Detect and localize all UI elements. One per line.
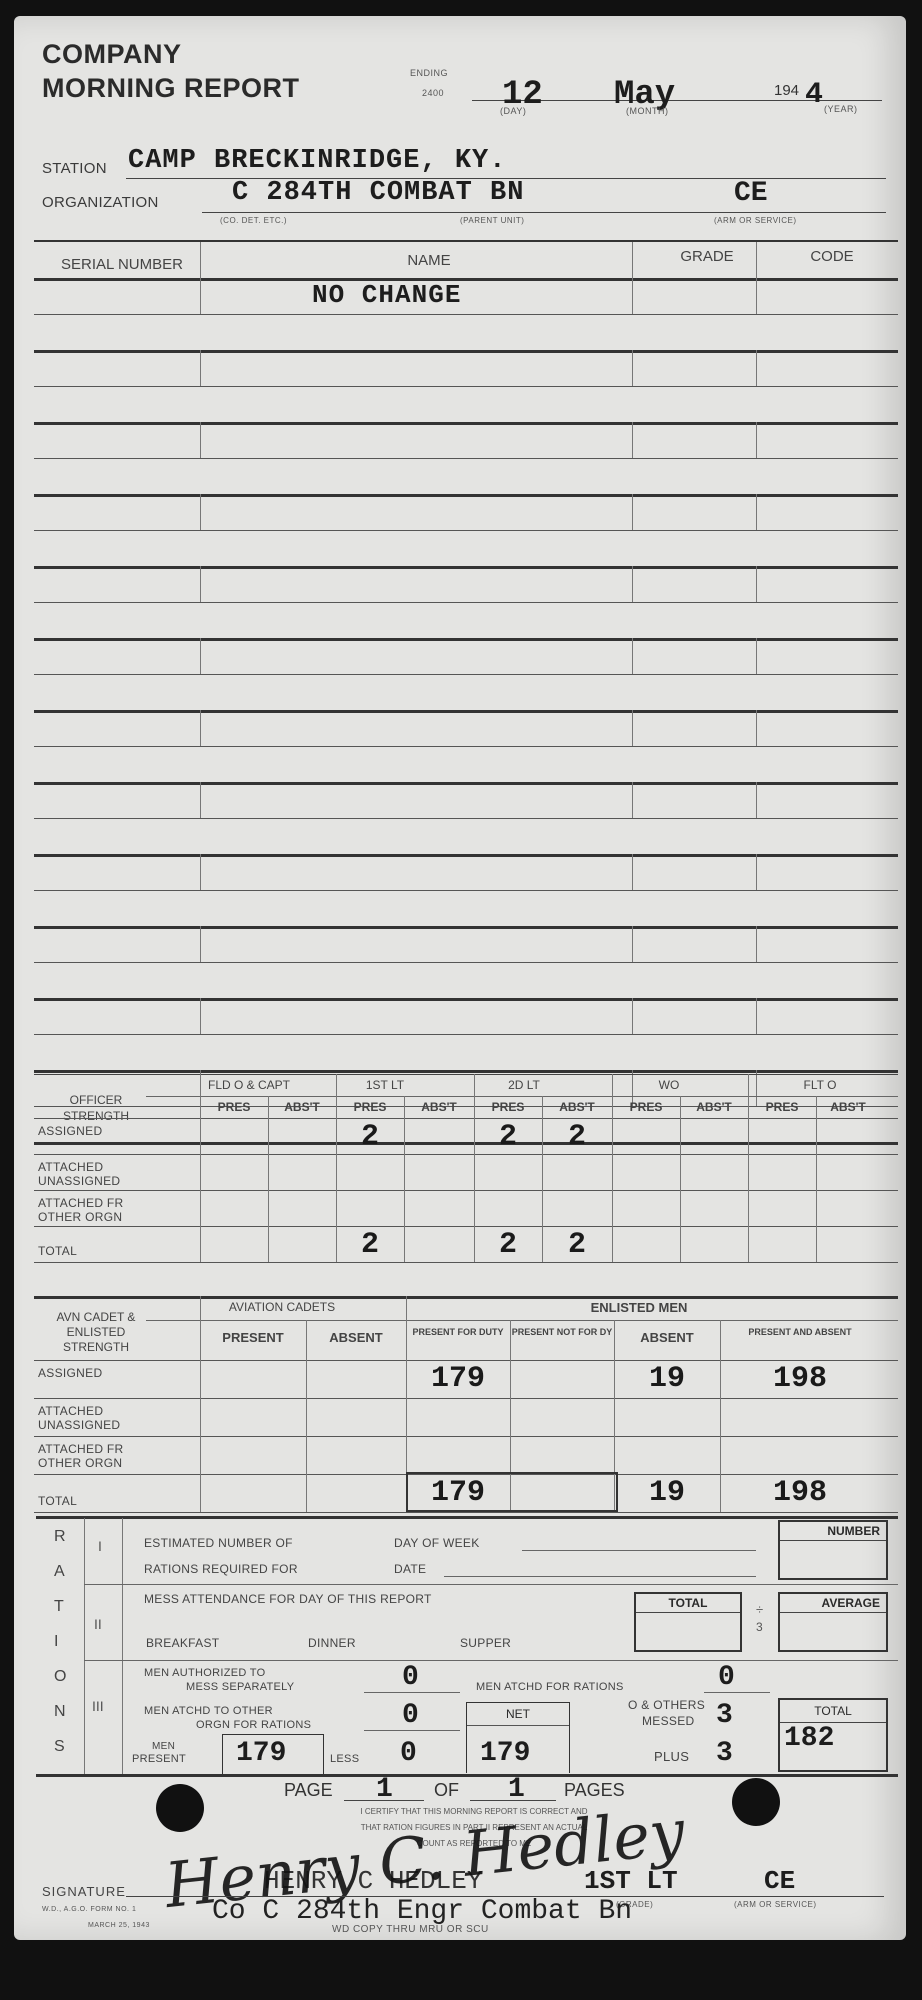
- rations-total-value: 182: [780, 1723, 886, 1754]
- enlisted-total-box: [406, 1472, 618, 1512]
- officer-top-line: [34, 1074, 898, 1075]
- row-col-divider: [632, 638, 633, 674]
- officer-col-divider: [680, 1096, 681, 1262]
- atchd-other-value: 0: [402, 1700, 419, 1731]
- date-label: DATE: [394, 1562, 426, 1576]
- officer-col-divider: [816, 1096, 817, 1262]
- row-thick-line: [34, 1142, 898, 1145]
- enlisted-row-line: [34, 1436, 898, 1437]
- row-col-divider: [200, 998, 201, 1034]
- rations-divider-2: [122, 1518, 123, 1776]
- ending-label: ENDING: [410, 68, 448, 78]
- day-label: (DAY): [500, 106, 526, 116]
- rations-letter: R: [54, 1528, 66, 1546]
- row-col-divider: [632, 278, 633, 314]
- row-col-divider: [756, 566, 757, 602]
- plus-value: 3: [716, 1738, 733, 1769]
- rations-letter: S: [54, 1738, 65, 1756]
- officer-row-label: TOTAL: [38, 1244, 142, 1258]
- officer-subcol-0: PRES: [200, 1100, 268, 1114]
- arm-or-service-label: (ARM OR SERVICE): [734, 1900, 817, 1909]
- row-col-divider: [632, 494, 633, 530]
- no-change-entry: NO CHANGE: [312, 280, 461, 310]
- men-present-value: 179: [236, 1738, 286, 1769]
- o-others-label1: O & OTHERS: [628, 1698, 705, 1712]
- enlisted-subcol-1: ABSENT: [306, 1330, 406, 1346]
- auth-sep-value: 0: [402, 1662, 419, 1693]
- pages-label: PAGES: [564, 1780, 625, 1801]
- less-value: 0: [400, 1738, 417, 1769]
- row-thin-line: [34, 314, 898, 315]
- divisor-value: 3: [756, 1620, 763, 1634]
- officer-col-divider: [748, 1074, 749, 1262]
- enlisted-subcol-5: PRESENT AND ABSENT: [720, 1324, 880, 1340]
- row-col-divider: [200, 350, 201, 386]
- officer-strength-header: OFFICER STRENGTH: [36, 1092, 156, 1124]
- punch-hole-left: [156, 1784, 204, 1832]
- row-col-divider: [756, 854, 757, 890]
- header-bottom-line: [34, 278, 898, 281]
- officer-col-divider: [200, 1074, 201, 1262]
- plus-label: PLUS: [654, 1750, 689, 1764]
- signer-arm: CE: [764, 1866, 795, 1896]
- group-wo: WO: [596, 1078, 742, 1092]
- co-det-label: (CO. DET. ETC.): [220, 216, 287, 225]
- page-total: 1: [508, 1774, 525, 1805]
- row-thick-line: [34, 926, 898, 929]
- header-col-divider: [756, 242, 757, 278]
- officer-subcol-8: PRES: [748, 1100, 816, 1114]
- rations-letter: T: [54, 1598, 64, 1616]
- enlisted-group-line: [146, 1320, 898, 1321]
- row-col-divider: [200, 278, 201, 314]
- officer-row-label: ATTACHED FR OTHER ORGN: [38, 1196, 142, 1224]
- part-i-numeral: I: [98, 1538, 102, 1554]
- officer-row-label: ASSIGNED: [38, 1124, 142, 1138]
- enlisted-top-line: [34, 1296, 898, 1299]
- arm-service-label: (ARM OR SERVICE): [714, 216, 797, 225]
- officer-subcol-6: PRES: [612, 1100, 680, 1114]
- copy-note: WD COPY THRU MRU OR SCU: [332, 1924, 489, 1935]
- row-col-divider: [756, 278, 757, 314]
- mess-attendance-title: MESS ATTENDANCE FOR DAY OF THIS REPORT: [144, 1592, 432, 1606]
- officer-cell: 2: [336, 1120, 404, 1154]
- row-thick-line: [34, 710, 898, 713]
- enlisted-row-line: [34, 1512, 898, 1513]
- less-label: LESS: [330, 1752, 359, 1766]
- row-thick-line: [34, 1070, 898, 1073]
- officer-col-divider: [268, 1096, 269, 1262]
- auth-sep-label2: MESS SEPARATELY: [186, 1680, 294, 1694]
- enlisted-row-label: ATTACHED UNASSIGNED: [38, 1404, 142, 1432]
- enlisted-subcol-4: ABSENT: [614, 1330, 720, 1346]
- dinner-label: DINNER: [308, 1636, 356, 1650]
- average-box[interactable]: AVERAGE: [778, 1592, 888, 1652]
- unit-typed: Co C 284th Engr Combat Bn: [212, 1896, 632, 1927]
- officer-row-line: [34, 1190, 898, 1191]
- enlisted-header-bottom: [34, 1360, 898, 1361]
- row-col-divider: [200, 710, 201, 746]
- officer-cell: 2: [474, 1228, 542, 1262]
- o-others-value: 3: [716, 1700, 733, 1731]
- row-col-divider: [200, 422, 201, 458]
- group-flt-o: FLT O: [746, 1078, 894, 1092]
- atchd-other-line: [364, 1730, 460, 1731]
- row-thin-line: [34, 602, 898, 603]
- row-thick-line: [34, 854, 898, 857]
- row-thick-line: [34, 422, 898, 425]
- rations-letter: I: [54, 1633, 58, 1651]
- form-number: W.D., A.G.O. FORM NO. 1: [42, 1906, 136, 1913]
- officer-row-line: [34, 1154, 898, 1155]
- row-col-divider: [632, 566, 633, 602]
- col-grade: GRADE: [646, 248, 768, 265]
- row-thin-line: [34, 746, 898, 747]
- row-thin-line: [34, 1034, 898, 1035]
- officer-cell: 2: [474, 1120, 542, 1154]
- enlisted-row-label: ASSIGNED: [38, 1366, 142, 1380]
- officer-group-line: [146, 1096, 898, 1097]
- enlisted-subcol-2: PRESENT FOR DUTY: [406, 1324, 510, 1340]
- rations-total-label: TOTAL: [780, 1700, 886, 1723]
- enlisted-cell: 19: [614, 1476, 720, 1510]
- punch-hole-right: [732, 1778, 780, 1826]
- row-col-divider: [756, 494, 757, 530]
- row-col-divider: [756, 638, 757, 674]
- officer-col-divider: [336, 1074, 337, 1262]
- row-thin-line: [34, 386, 898, 387]
- col-serial-number: SERIAL NUMBER: [32, 256, 212, 273]
- row-col-divider: [756, 422, 757, 458]
- page-label: PAGE: [284, 1780, 333, 1801]
- station-label: STATION: [42, 160, 107, 177]
- row-thick-line: [34, 998, 898, 1001]
- row-col-divider: [200, 566, 201, 602]
- row-thick-line: [34, 782, 898, 785]
- enlisted-cell: 198: [720, 1362, 880, 1396]
- auth-sep-line: [364, 1692, 460, 1693]
- officer-subcol-4: PRES: [474, 1100, 542, 1114]
- organization-value: C 284TH COMBAT BN: [232, 178, 524, 208]
- row-col-divider: [632, 926, 633, 962]
- row-col-divider: [632, 782, 633, 818]
- page-number: 1: [376, 1774, 393, 1805]
- row-col-divider: [756, 782, 757, 818]
- enlisted-cell: 179: [406, 1362, 510, 1396]
- atchd-rations-line: [704, 1692, 770, 1693]
- divide-symbol: ÷: [756, 1602, 763, 1617]
- officer-col-divider: [474, 1074, 475, 1262]
- part-i-line2: RATIONS REQUIRED FOR: [144, 1562, 298, 1576]
- row-col-divider: [632, 854, 633, 890]
- rations-divider-1: [84, 1518, 85, 1776]
- row-col-divider: [200, 638, 201, 674]
- rations-part-ii-bottom: [84, 1660, 898, 1661]
- organization-line: [202, 212, 886, 213]
- part-iii-numeral: III: [92, 1698, 104, 1714]
- atchd-rations-label: MEN ATCHD FOR RATIONS: [476, 1680, 624, 1694]
- group-1st-lt: 1ST LT: [320, 1078, 450, 1092]
- year-prefix: 194: [774, 82, 799, 99]
- officer-col-divider: [404, 1096, 405, 1262]
- rations-letter: A: [54, 1563, 65, 1581]
- breakfast-label: BREAKFAST: [146, 1636, 219, 1650]
- average-label: AVERAGE: [780, 1594, 886, 1613]
- part-i-line1: ESTIMATED NUMBER OF: [144, 1536, 293, 1550]
- o-others-label2: MESSED: [642, 1714, 694, 1728]
- header-col-divider: [200, 242, 201, 278]
- rations-top-border: [36, 1516, 898, 1519]
- row-col-divider: [200, 782, 201, 818]
- group-enlisted-men: ENLISTED MEN: [384, 1300, 894, 1315]
- rations-total-box: TOTAL 182: [778, 1698, 888, 1772]
- rations-letter: N: [54, 1703, 66, 1721]
- officer-row-line: [34, 1262, 898, 1263]
- officer-subcol-3: ABS'T: [404, 1100, 474, 1114]
- organization-label: ORGANIZATION: [42, 194, 159, 211]
- enlisted-subcol-3: PRESENT NOT FOR DY: [510, 1324, 614, 1340]
- number-box[interactable]: NUMBER: [778, 1520, 888, 1580]
- officer-subcol-7: ABS'T: [680, 1100, 748, 1114]
- station-value: CAMP BRECKINRIDGE, KY.: [128, 146, 506, 176]
- row-col-divider: [632, 998, 633, 1034]
- group-2d-lt: 2D LT: [456, 1078, 592, 1092]
- officer-row-label: ATTACHED UNASSIGNED: [38, 1160, 142, 1188]
- row-col-divider: [632, 350, 633, 386]
- enlisted-row-line: [34, 1398, 898, 1399]
- officer-cell: 2: [542, 1120, 612, 1154]
- row-col-divider: [756, 710, 757, 746]
- officer-col-divider: [612, 1074, 613, 1262]
- row-col-divider: [756, 998, 757, 1034]
- officer-header-bottom: [34, 1118, 898, 1119]
- officer-row-line: [34, 1226, 898, 1227]
- officer-cell: 2: [542, 1228, 612, 1262]
- row-col-divider: [756, 350, 757, 386]
- enlisted-cell: 198: [720, 1476, 880, 1510]
- row-thin-line: [34, 890, 898, 891]
- net-value: 179: [480, 1738, 530, 1769]
- row-thin-line: [34, 962, 898, 963]
- officer-subcol-9: ABS'T: [816, 1100, 880, 1114]
- mess-total-label: TOTAL: [636, 1594, 740, 1613]
- row-thick-line: [34, 638, 898, 641]
- arm-service-value: CE: [734, 178, 768, 209]
- men-present-label2: PRESENT: [132, 1752, 186, 1766]
- mess-total-box[interactable]: TOTAL: [634, 1592, 742, 1652]
- officer-subcol-2: PRES: [336, 1100, 404, 1114]
- col-code: CODE: [770, 248, 894, 265]
- row-col-divider: [632, 422, 633, 458]
- officer-subcol-5: ABS'T: [542, 1100, 612, 1114]
- enlisted-col-divider: [306, 1320, 307, 1512]
- part-ii-numeral: II: [94, 1616, 102, 1632]
- officer-col-divider: [542, 1096, 543, 1262]
- group-fld-o-capt: FLD O & CAPT: [184, 1078, 314, 1092]
- auth-sep-label1: MEN AUTHORIZED TO: [144, 1666, 265, 1680]
- enlisted-cell: 19: [614, 1362, 720, 1396]
- row-thin-line: [34, 674, 898, 675]
- enlisted-row-label: ATTACHED FR OTHER ORGN: [38, 1442, 142, 1470]
- row-thin-line: [34, 458, 898, 459]
- row-col-divider: [200, 926, 201, 962]
- enlisted-col-divider: [200, 1296, 201, 1512]
- of-label: OF: [434, 1780, 459, 1801]
- officer-cell: 2: [336, 1228, 404, 1262]
- report-year-digit: 4: [805, 78, 823, 112]
- morning-report-form: COMPANY MORNING REPORT ENDING 2400 12 (D…: [14, 16, 906, 1940]
- row-thin-line: [34, 530, 898, 531]
- row-thick-line: [34, 566, 898, 569]
- row-thin-line: [34, 818, 898, 819]
- net-label: NET: [467, 1703, 569, 1726]
- rations-part-i-bottom: [84, 1584, 898, 1585]
- parent-unit-label: (PARENT UNIT): [460, 216, 524, 225]
- rations-bottom-border: [36, 1774, 898, 1777]
- row-col-divider: [632, 710, 633, 746]
- enlisted-col-divider: [720, 1320, 721, 1512]
- atchd-rations-value: 0: [718, 1662, 735, 1693]
- row-col-divider: [200, 854, 201, 890]
- row-thick-line: [34, 350, 898, 353]
- day-of-week-field[interactable]: [522, 1550, 756, 1551]
- signature-label: SIGNATURE: [42, 1884, 126, 1899]
- year-label: (YEAR): [824, 104, 858, 114]
- row-col-divider: [756, 926, 757, 962]
- row-thick-line: [34, 494, 898, 497]
- form-title-line1: COMPANY: [42, 38, 182, 70]
- form-date: MARCH 25, 1943: [88, 1922, 150, 1929]
- ending-time: 2400: [422, 88, 444, 98]
- day-of-week-label: DAY OF WEEK: [394, 1536, 480, 1550]
- month-label: (MONTH): [626, 106, 669, 116]
- table-top-border: [34, 240, 898, 242]
- rations-letter: O: [54, 1668, 66, 1686]
- form-title-line2: MORNING REPORT: [42, 72, 300, 104]
- officer-subcol-1: ABS'T: [268, 1100, 336, 1114]
- enlisted-row-label: TOTAL: [38, 1494, 142, 1508]
- enlisted-strength-header: AVN CADET & ENLISTED STRENGTH: [36, 1310, 156, 1355]
- atchd-other-label1: MEN ATCHD TO OTHER: [144, 1704, 273, 1718]
- enlisted-subcol-0: PRESENT: [200, 1330, 306, 1346]
- col-name: NAME: [214, 252, 644, 269]
- group-aviation-cadets: AVIATION CADETS: [184, 1300, 380, 1314]
- header-col-divider: [632, 242, 633, 278]
- date-field[interactable]: [444, 1576, 756, 1577]
- supper-label: SUPPER: [460, 1636, 511, 1650]
- number-box-label: NUMBER: [780, 1522, 886, 1541]
- row-col-divider: [200, 494, 201, 530]
- atchd-other-label2: ORGN FOR RATIONS: [196, 1718, 311, 1732]
